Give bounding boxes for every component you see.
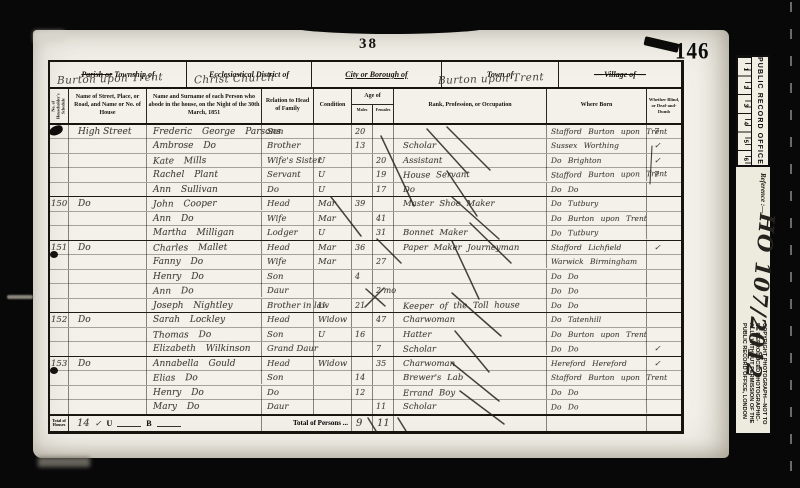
age-female <box>373 125 394 139</box>
age-female: 7 <box>373 342 394 356</box>
person-name: Annabella Gould <box>147 357 262 371</box>
ruler-number: 2 <box>738 75 751 93</box>
occupation: Master Shoe Maker <box>394 197 547 211</box>
blind-deaf-mark <box>647 255 681 269</box>
condition: U <box>314 299 352 313</box>
field-village: Village of <box>559 62 681 87</box>
age-female <box>373 241 394 255</box>
blind-deaf-mark: ✓ <box>647 154 681 168</box>
age-male <box>352 357 373 371</box>
district-value-handwriting: Christ Church <box>194 72 275 87</box>
age-male: 36 <box>352 241 373 255</box>
u-blank-line <box>117 419 141 427</box>
relation-to-head: Son <box>262 270 314 284</box>
age-females-label: Females <box>373 105 393 123</box>
census-row: 153 Do Annabella Gould Head Widow 35 Cha… <box>50 357 681 372</box>
occupation: Charwoman <box>394 357 547 371</box>
col-schedule-number: No. of Householder's Schedule <box>50 89 69 123</box>
street-name <box>69 371 147 385</box>
occupation: Assistant <box>394 154 547 168</box>
census-row: Kate Mills Wife's Sister U 20 Assistant … <box>50 154 681 169</box>
scan-edge-shadow <box>288 18 493 34</box>
scan-smudge <box>34 31 64 42</box>
schedule-number <box>50 386 69 400</box>
street-name <box>69 183 147 197</box>
street-name: Do <box>69 241 147 255</box>
age-female: 47 <box>373 313 394 327</box>
ruler-number: 6 <box>738 147 751 165</box>
place-header-band: Parish or Township of Burton upon Trent … <box>50 62 681 89</box>
margin-mark <box>7 295 33 299</box>
total-persons-label: Total of Persons ... <box>262 416 352 431</box>
village-label-struck: Village of <box>594 70 646 79</box>
where-born: Do Do <box>547 283 647 298</box>
schedule-number <box>50 139 69 153</box>
total-houses-label: Total of Houses <box>50 416 69 431</box>
schedule-number <box>50 270 69 284</box>
col-relation: Relation to Head of Family <box>262 89 314 123</box>
blind-deaf-mark <box>647 270 681 284</box>
where-born: Stafford Burton upon Trent <box>547 371 647 385</box>
street-name: Do <box>69 197 147 211</box>
where-born: Do Burton upon Trent <box>547 212 647 226</box>
census-table: Parish or Township of Burton upon Trent … <box>48 60 684 434</box>
where-born: Hereford Hereford <box>547 357 647 371</box>
occupation <box>394 124 547 140</box>
street-name <box>69 270 147 284</box>
where-born: Do Burton upon Trent <box>547 328 647 342</box>
person-name: Mary Do <box>147 400 262 414</box>
person-name: Martha Milligan <box>147 226 262 240</box>
person-name: Ann Sullivan <box>147 183 262 197</box>
street-name <box>69 284 147 298</box>
condition <box>314 139 352 153</box>
age-male <box>352 342 373 356</box>
age-male <box>352 313 373 327</box>
scanned-census-screenshot: { "page": { "sheet_number": "38", "folio… <box>0 0 800 488</box>
age-female: 27 <box>373 255 394 269</box>
where-born: Do Tutbury <box>547 225 647 240</box>
ruler-number: 4 <box>738 111 751 129</box>
condition: Mar <box>314 241 352 255</box>
condition <box>314 125 352 139</box>
check-mark: ✓ <box>95 419 102 428</box>
schedule-number: 150 <box>50 197 69 211</box>
col-condition: Condition <box>314 89 352 123</box>
person-name: Elias Do <box>147 370 262 386</box>
street-name: Do <box>69 357 147 371</box>
person-name: Henry Do <box>147 270 262 284</box>
condition: Widow <box>314 313 352 327</box>
age-male <box>352 154 373 168</box>
relation-to-head: Wife <box>262 212 314 226</box>
street-name <box>69 139 147 153</box>
reference-handwriting: HO 107/2012 <box>741 212 780 380</box>
street-name: Do <box>69 313 147 327</box>
where-born: Stafford Lichfield <box>547 241 647 255</box>
condition <box>314 284 352 298</box>
pro-title-box: PUBLIC RECORD OFFICE 1 2 3 4 5 6 <box>736 55 770 167</box>
ruler-number: 1 <box>738 57 751 75</box>
blind-deaf-mark <box>647 299 681 313</box>
total-houses-values: 14 ✓ U B <box>69 416 262 431</box>
street-name <box>69 226 147 240</box>
relation-to-head: Wife <box>262 255 314 269</box>
schedule-number <box>50 299 69 313</box>
census-row: High Street Frederic George Parsons Son … <box>50 125 681 140</box>
census-row: Joseph Nightley Brother in law U 21 Keep… <box>50 299 681 314</box>
census-row: Elizabeth Wilkinson Grand Daur 7 Scholar… <box>50 342 681 357</box>
uninhabited-label: U <box>106 419 112 428</box>
age-female: 41 <box>373 212 394 226</box>
age-male: 13 <box>352 139 373 153</box>
age-female: 17 <box>373 183 394 197</box>
ruler-scale: 1 2 3 4 5 6 <box>738 57 752 165</box>
footer-empty-blind <box>647 416 681 431</box>
person-name: John Cooper <box>147 196 262 212</box>
occupation <box>394 254 547 270</box>
age-male <box>352 284 373 298</box>
census-row: 150 Do John Cooper Head Mar 39 Master Sh… <box>50 197 681 212</box>
where-born: Do Tutbury <box>547 197 647 211</box>
census-row: Ambrose Do Brother 13 Scholar Sussex Wor… <box>50 139 681 154</box>
town-value-handwriting: Burton upon Trent <box>438 71 544 87</box>
person-name: Elizabeth Wilkinson <box>147 342 262 356</box>
where-born: Do Do <box>547 386 647 400</box>
where-born: Do Do <box>547 399 647 414</box>
age-male: 16 <box>352 328 373 342</box>
person-name: Joseph Nightley <box>147 299 262 313</box>
reference-label: Reference :— <box>759 173 767 213</box>
street-name <box>69 212 147 226</box>
condition: U <box>314 226 352 240</box>
pro-title: PUBLIC RECORD OFFICE <box>752 57 768 165</box>
condition: Mar <box>314 255 352 269</box>
occupation: Scholar <box>394 139 547 153</box>
building-label: B <box>146 419 151 428</box>
census-row: Henry Do Do 12 Errand Boy Do Do <box>50 386 681 401</box>
age-male <box>352 400 373 414</box>
relation-to-head: Lodger <box>262 226 314 240</box>
age-male: 4 <box>352 270 373 284</box>
relation-to-head: Wife's Sister <box>262 154 314 168</box>
age-males-label: Males <box>352 105 373 123</box>
where-born: Stafford Burton upon Trent <box>547 125 647 139</box>
blind-deaf-mark <box>647 183 681 197</box>
age-male: 20 <box>352 125 373 139</box>
footer-empty-born <box>547 416 647 431</box>
relation-to-head: Brother in law <box>262 299 314 313</box>
blind-deaf-mark <box>647 226 681 240</box>
relation-to-head: Grand Daur <box>262 342 314 356</box>
public-record-office-strip: PUBLIC RECORD OFFICE 1 2 3 4 5 6 Referen… <box>736 55 770 433</box>
census-row: 152 Do Sarah Lockley Head Widow 47 Charw… <box>50 313 681 328</box>
column-header-row: No. of Householder's Schedule Name of St… <box>50 89 681 125</box>
condition <box>314 400 352 414</box>
person-name: Charles Mallet <box>147 240 262 256</box>
schedule-number <box>50 284 69 298</box>
blind-deaf-mark <box>647 328 681 342</box>
age-female <box>373 139 394 153</box>
age-female: 31 <box>373 226 394 240</box>
schedule-number: 152 <box>50 313 69 327</box>
age-female <box>373 299 394 313</box>
person-name: Fanny Do <box>147 255 262 269</box>
col-where-born: Where Born <box>547 89 647 123</box>
condition: Mar <box>314 212 352 226</box>
occupation <box>394 211 547 227</box>
blind-deaf-mark: ✓ <box>647 241 681 255</box>
occupation: Hatter <box>394 328 547 342</box>
relation-to-head: Head <box>262 197 314 211</box>
where-born: Do Brighton <box>547 154 647 168</box>
footer-empty-occupation <box>394 416 547 431</box>
age-male <box>352 183 373 197</box>
occupation: Do <box>394 183 547 197</box>
census-row: 151 Do Charles Mallet Head Mar 36 Paper … <box>50 241 681 256</box>
relation-to-head: Head <box>262 313 314 327</box>
relation-to-head: Do <box>262 183 314 197</box>
field-parish: Parish or Township of Burton upon Trent <box>50 62 187 87</box>
relation-to-head: Brother <box>262 139 314 153</box>
age-female <box>373 371 394 385</box>
condition <box>314 386 352 400</box>
occupation <box>394 270 547 284</box>
age-female <box>373 328 394 342</box>
age-female: 35 <box>373 357 394 371</box>
ruler-number: 5 <box>738 129 751 147</box>
blind-deaf-mark <box>647 386 681 400</box>
condition: Mar <box>314 197 352 211</box>
field-town: Town of Burton upon Trent <box>442 62 559 87</box>
condition: U <box>314 154 352 168</box>
census-row: Ann Sullivan Do U 17 Do Do Do <box>50 183 681 198</box>
occupation: Bonnet Maker <box>394 226 547 240</box>
schedule-number <box>50 168 69 182</box>
condition <box>314 270 352 284</box>
street-name <box>69 400 147 414</box>
blind-deaf-mark: ✓ <box>647 357 681 371</box>
blind-deaf-mark <box>647 313 681 327</box>
relation-to-head: Head <box>262 357 314 371</box>
scan-smudge <box>38 457 90 467</box>
blind-deaf-mark <box>647 371 681 385</box>
census-row: Mary Do Daur 11 Scholar Do Do <box>50 400 681 415</box>
blind-deaf-mark <box>647 197 681 211</box>
occupation: House Servant <box>394 167 547 183</box>
schedule-number <box>50 328 69 342</box>
b-blank-line <box>157 419 181 427</box>
person-name: Kate Mills <box>147 153 262 169</box>
schedule-number <box>50 226 69 240</box>
person-name: Thomas Do <box>147 327 262 343</box>
where-born: Warwick Birmingham <box>547 255 647 269</box>
census-row: Ann Do Wife Mar 41 Do Burton upon Trent <box>50 212 681 227</box>
census-row: Elias Do Son 14 Brewer's Lab Stafford Bu… <box>50 371 681 386</box>
occupation: Errand Boy <box>394 385 547 401</box>
census-page-scan: 38 146 Parish or Township of Burton upon… <box>33 30 729 458</box>
street-name: High Street <box>69 125 147 139</box>
condition: U <box>314 183 352 197</box>
col-street: Name of Street, Place, or Road, and Name… <box>69 89 147 123</box>
relation-to-head: Head <box>262 241 314 255</box>
census-row: Henry Do Son 4 Do Do <box>50 270 681 285</box>
person-name: Henry Do <box>147 386 262 400</box>
ink-dot <box>50 367 58 374</box>
where-born: Do Tatenhill <box>547 313 647 327</box>
col-occupation: Rank, Profession, or Occupation <box>394 89 547 123</box>
blind-deaf-mark <box>647 284 681 298</box>
relation-to-head: Son <box>262 125 314 139</box>
where-born: Stafford Burton upon Trent <box>547 167 647 182</box>
relation-to-head: Son <box>262 371 314 385</box>
totals-row: Total of Houses 14 ✓ U B Total of Person… <box>50 415 681 431</box>
age-female: 2 mo <box>373 284 394 298</box>
occupation: Scholar <box>394 341 547 357</box>
blind-deaf-mark: 7 <box>647 125 681 139</box>
schedule-number <box>50 400 69 414</box>
age-female: 20 <box>373 154 394 168</box>
age-male <box>352 212 373 226</box>
age-male <box>352 226 373 240</box>
total-houses-handwriting: 14 <box>77 418 90 429</box>
occupation: Scholar <box>394 400 547 414</box>
condition <box>314 371 352 385</box>
street-name <box>69 168 147 182</box>
person-name: Ambrose Do <box>147 139 262 153</box>
age-female <box>373 197 394 211</box>
person-name: Ann Do <box>147 212 262 226</box>
person-name: Frederic George Parsons <box>147 125 262 139</box>
schedule-number <box>50 212 69 226</box>
schedule-number <box>50 342 69 356</box>
blind-deaf-mark: ✓ <box>647 139 681 153</box>
occupation: Paper Maker Journeyman <box>394 241 547 255</box>
field-ecclesiastical-district: Ecclesiastical District of Christ Church <box>187 62 312 87</box>
age-female: 19 <box>373 168 394 182</box>
occupation <box>394 284 547 298</box>
census-row: Martha Milligan Lodger U 31 Bonnet Maker… <box>50 226 681 241</box>
street-name <box>69 328 147 342</box>
where-born: Sussex Worthing <box>547 139 647 153</box>
age-male: 39 <box>352 197 373 211</box>
parish-value-handwriting: Burton upon Trent <box>57 71 163 87</box>
condition: Widow <box>314 357 352 371</box>
age-male: 14 <box>352 371 373 385</box>
relation-to-head: Daur <box>262 400 314 414</box>
where-born: Do Do <box>547 183 647 197</box>
person-name: Ann Do <box>147 283 262 299</box>
occupation: Charwoman <box>394 313 547 327</box>
age-male: 21 <box>352 299 373 313</box>
total-males-handwriting: 9 <box>352 416 373 431</box>
condition <box>314 342 352 356</box>
census-row: Thomas Do Son U 16 Hatter Do Burton upon… <box>50 328 681 343</box>
street-name <box>69 299 147 313</box>
relation-to-head: Do <box>262 386 314 400</box>
age-male <box>352 168 373 182</box>
age-female: 11 <box>373 400 394 414</box>
relation-to-head: Servant <box>262 168 314 182</box>
film-edge-artifact <box>790 2 792 486</box>
age-female <box>373 270 394 284</box>
condition: U <box>314 168 352 182</box>
col-name-surname: Name and Surname of each Person who abod… <box>147 89 262 123</box>
col-blind-deaf: Whether Blind, or Deaf-and-Dumb <box>647 89 681 123</box>
schedule-number <box>50 183 69 197</box>
relation-to-head: Daur <box>262 284 314 298</box>
city-borough-label: City or Borough of <box>345 70 407 79</box>
reference-area: Reference :— HO 107/2012 <box>736 167 770 323</box>
field-city-borough: City or Borough of <box>312 62 442 87</box>
where-born: Do Do <box>547 270 647 284</box>
relation-to-head: Son <box>262 328 314 342</box>
census-rows: High Street Frederic George Parsons Son … <box>50 125 681 415</box>
where-born: Do Do <box>547 299 647 313</box>
street-name <box>69 386 147 400</box>
total-females-handwriting: 11 <box>373 416 394 431</box>
occupation: Keeper of the Toll house <box>394 298 547 314</box>
blind-deaf-mark <box>647 400 681 414</box>
where-born: Do Do <box>547 341 647 356</box>
census-row: Fanny Do Wife Mar 27 Warwick Birmingham <box>50 255 681 270</box>
age-male <box>352 255 373 269</box>
occupation: Brewer's Lab <box>394 371 547 385</box>
col-age: Age of Males Females <box>352 89 394 123</box>
age-male: 12 <box>352 386 373 400</box>
schedule-number <box>50 154 69 168</box>
age-female <box>373 386 394 400</box>
census-row: Rachel Plant Servant U 19 House Servant … <box>50 168 681 183</box>
person-name: Sarah Lockley <box>147 313 262 327</box>
blind-deaf-mark: ✓ <box>647 342 681 356</box>
street-name <box>69 255 147 269</box>
ruler-number: 3 <box>738 93 751 111</box>
street-name <box>69 154 147 168</box>
ink-dot <box>50 251 58 258</box>
blind-deaf-mark <box>647 212 681 226</box>
person-name: Rachel Plant <box>147 168 262 182</box>
census-row: Ann Do Daur 2 mo Do Do <box>50 284 681 299</box>
street-name <box>69 342 147 356</box>
condition: U <box>314 328 352 342</box>
age-of-label: Age of <box>352 89 393 105</box>
sheet-number: 38 <box>359 36 378 53</box>
